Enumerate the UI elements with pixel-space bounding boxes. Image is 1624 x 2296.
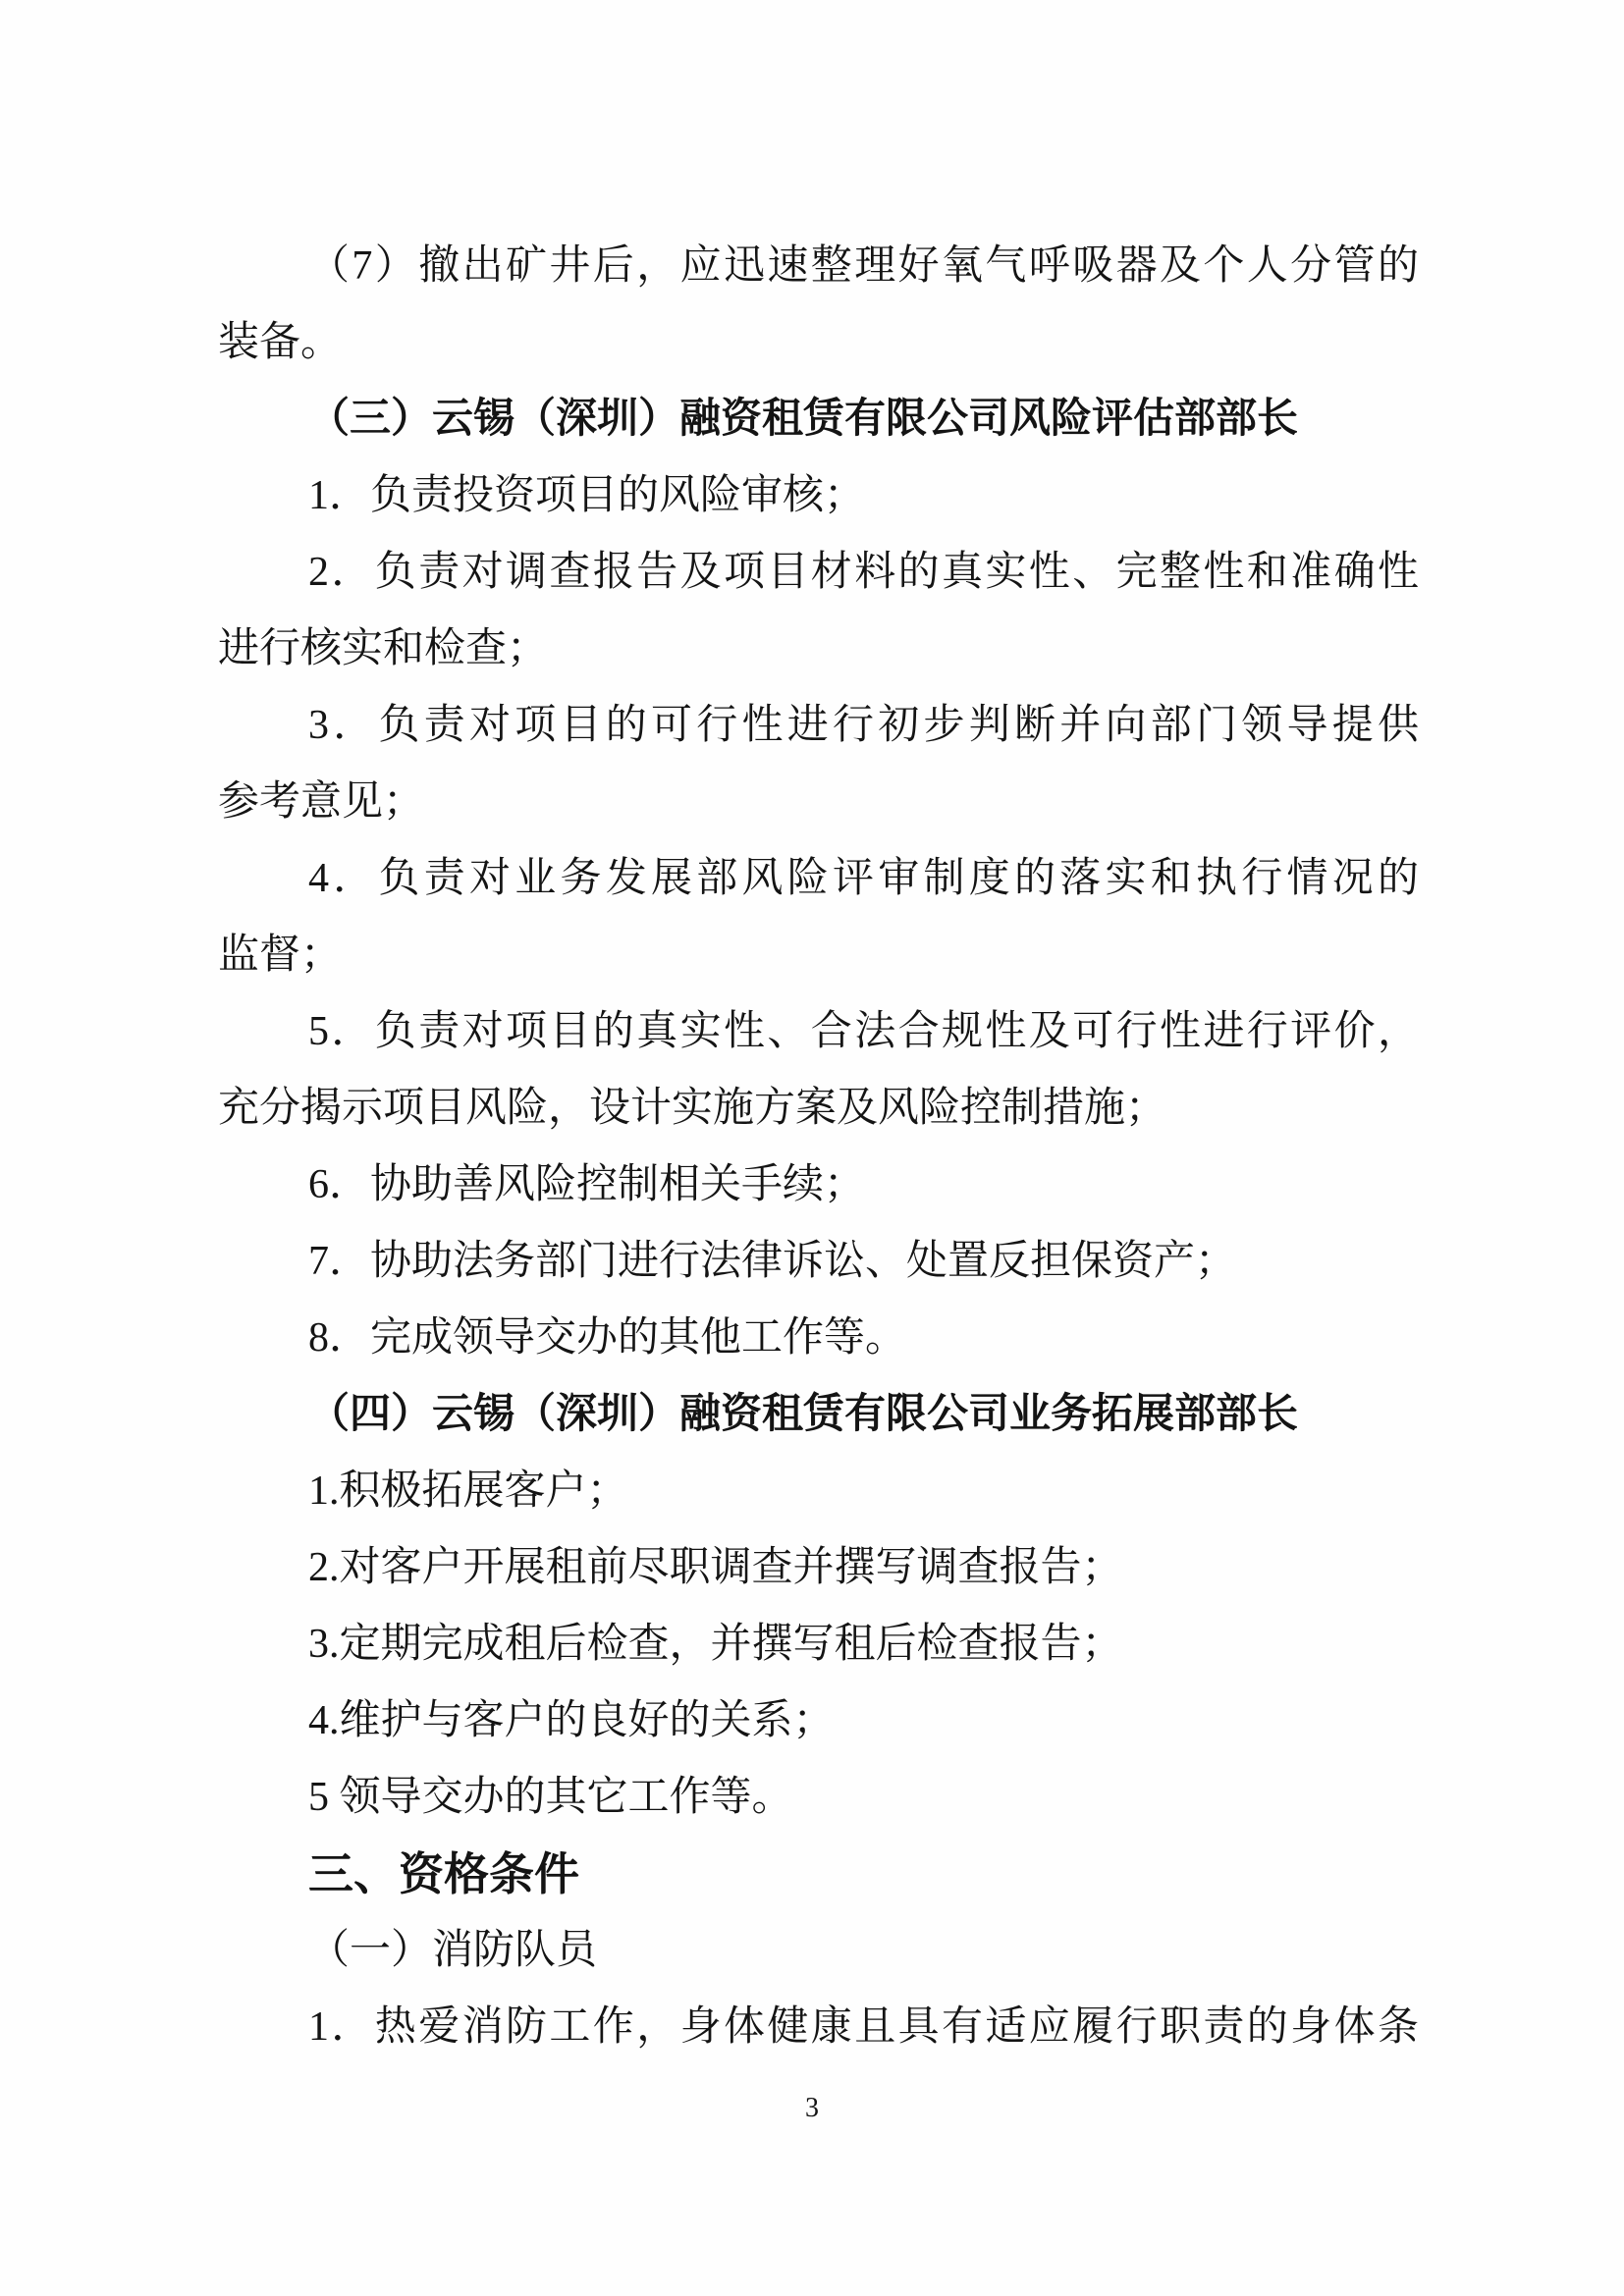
text-line: 监督；	[218, 917, 1419, 993]
text-line: 2.对客户开展租前尽职调查并撰写调查报告；	[218, 1529, 1419, 1606]
text-line: 参考意见；	[218, 764, 1419, 840]
text-line: 2．负责对调查报告及项目材料的真实性、完整性和准确性	[218, 534, 1419, 611]
text-line: 4.维护与客户的良好的关系；	[218, 1682, 1419, 1759]
text-line: （三）云锡（深圳）融资租赁有限公司风险评估部部长	[218, 381, 1419, 457]
text-line: （四）云锡（深圳）融资租赁有限公司业务拓展部部长	[218, 1376, 1419, 1453]
text-line: 1．热爱消防工作，身体健康且具有适应履行职责的身体条	[218, 1989, 1419, 2065]
text-line: （一）消防队员	[218, 1912, 1419, 1989]
text-line: 4．负责对业务发展部风险评审制度的落实和执行情况的	[218, 840, 1419, 917]
text-line: 5．负责对项目的真实性、合法合规性及可行性进行评价，	[218, 993, 1419, 1070]
text-line: 5 领导交办的其它工作等。	[218, 1759, 1419, 1836]
document-page: （7）撤出矿井后，应迅速整理好氧气呼吸器及个人分管的装备。（三）云锡（深圳）融资…	[0, 0, 1624, 2296]
lines-container: （7）撤出矿井后，应迅速整理好氧气呼吸器及个人分管的装备。（三）云锡（深圳）融资…	[218, 228, 1419, 2065]
text-line: 充分揭示项目风险，设计实施方案及风险控制措施；	[218, 1070, 1419, 1147]
text-line: 三、资格条件	[218, 1836, 1419, 1912]
text-line: 6．协助善风险控制相关手续；	[218, 1147, 1419, 1223]
text-line: 1．负责投资项目的风险审核；	[218, 457, 1419, 534]
text-line: 3．负责对项目的可行性进行初步判断并向部门领导提供	[218, 687, 1419, 764]
page-number: 3	[0, 2089, 1624, 2128]
text-line: （7）撤出矿井后，应迅速整理好氧气呼吸器及个人分管的	[218, 228, 1419, 304]
text-line: 3.定期完成租后检查，并撰写租后检查报告；	[218, 1606, 1419, 1682]
text-line: 8．完成领导交办的其他工作等。	[218, 1300, 1419, 1376]
text-line: 1.积极拓展客户；	[218, 1453, 1419, 1529]
text-line: 进行核实和检查；	[218, 611, 1419, 687]
text-line: 7．协助法务部门进行法律诉讼、处置反担保资产；	[218, 1223, 1419, 1300]
text-line: 装备。	[218, 304, 1419, 381]
